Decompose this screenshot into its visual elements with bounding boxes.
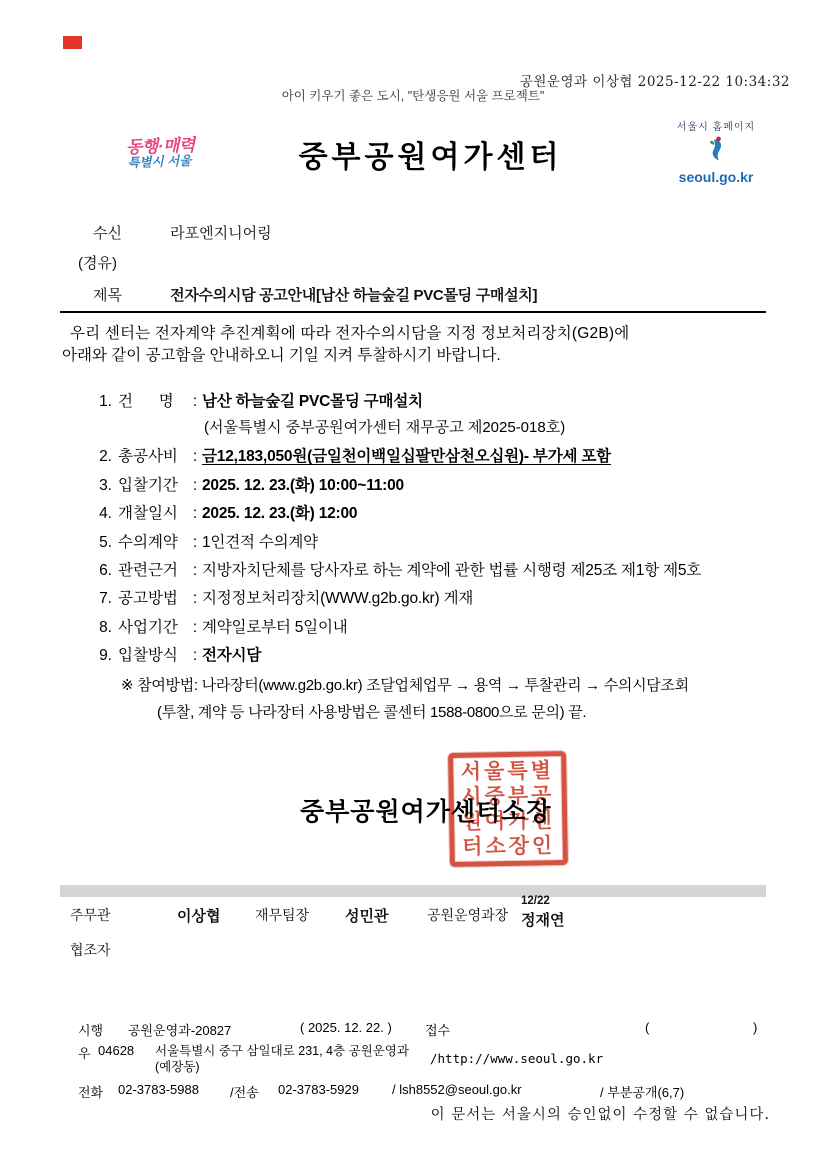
item-number: 2. bbox=[95, 447, 112, 466]
item-value: 1인견적 수의계약 bbox=[202, 533, 318, 552]
cooperator-label: 협조자 bbox=[70, 940, 111, 960]
item-value: 2025. 12. 23.(화) 12:00 bbox=[202, 504, 357, 523]
item-value: 지방자치단체를 당사자로 하는 계약에 관한 법률 시행령 제25조 제1항 제… bbox=[202, 561, 701, 580]
list-item: 1. 건 명 : 남산 하늘숲길 PVC몰딩 구매설치 bbox=[95, 392, 785, 411]
list-item: 8. 사업기간 : 계약일로부터 5일이내 bbox=[95, 618, 785, 637]
item-number: 7. bbox=[95, 589, 112, 608]
seoul-brand-logo: 동행·매력 특별시 서울 bbox=[60, 136, 196, 172]
item-value: 금12,183,050원(금일천이백일십팔만삼천오십원)- 부가세 포함 bbox=[202, 447, 611, 466]
document-header: 동행·매력 특별시 서울 중부공원여가센터 서울시 홈페이지 seoul.go.… bbox=[60, 122, 766, 186]
office-address: 서울특별시 중구 삼일대로 231, 4층 공원운영과 (예장동) bbox=[155, 1043, 427, 1076]
zip-label: 우 bbox=[78, 1043, 91, 1062]
intro-line2: 아래와 같이 공고함을 안내하오니 기일 지켜 투찰하시기 바랍니다. bbox=[62, 345, 774, 367]
item-colon: : bbox=[188, 589, 202, 608]
approver-name: 이상협 bbox=[177, 905, 220, 926]
receive-paren-close: ) bbox=[753, 1020, 757, 1035]
item-label: 건 명 bbox=[118, 392, 188, 411]
seal-row: 터소장인 bbox=[462, 835, 556, 858]
intro-paragraph: 우리 센터는 전자계약 추진계획에 따라 전자수의시담을 지정 정보처리장치(G… bbox=[62, 323, 774, 367]
item-label: 공고방법 bbox=[118, 589, 188, 608]
approver-name: 정재연 bbox=[521, 909, 564, 930]
item-number: 3. bbox=[95, 476, 112, 495]
item-value: 계약일로부터 5일이내 bbox=[202, 618, 348, 637]
modification-notice: 이 문서는 서울시의 승인없이 수정할 수 없습니다. bbox=[431, 1103, 770, 1124]
item-number: 8. bbox=[95, 618, 112, 637]
item-colon: : bbox=[188, 618, 202, 637]
list-item: 5. 수의계약 : 1인견적 수의계약 bbox=[95, 533, 785, 552]
zip-code: 04628 bbox=[98, 1043, 134, 1058]
via-row: (경유) bbox=[78, 252, 117, 273]
approver-role: 공원운영과장 bbox=[427, 905, 508, 925]
item-colon: : bbox=[188, 561, 202, 580]
security-mark bbox=[63, 36, 82, 49]
tel-label: 전화 bbox=[78, 1082, 103, 1101]
approver-name: 성민관 bbox=[345, 905, 388, 926]
homepage-url: seoul.go.kr bbox=[666, 169, 766, 186]
seal-row: 원여가센 bbox=[461, 810, 555, 833]
subject-value: 전자수의시담 공고안내[남산 하늘숲길 PVC몰딩 구매설치] bbox=[170, 287, 537, 304]
seoul-symbol-icon bbox=[666, 134, 766, 169]
item-number: 5. bbox=[95, 533, 112, 552]
announcement-items: 1. 건 명 : 남산 하늘숲길 PVC몰딩 구매설치 (서울특별시 중부공원여… bbox=[95, 392, 785, 722]
item-label: 총공사비 bbox=[118, 447, 188, 466]
official-seal-stamp: 서울특별 시중부공 원여가센 터소장인 bbox=[448, 751, 568, 867]
header-divider bbox=[60, 311, 766, 313]
seal-row: 서울특별 bbox=[461, 760, 555, 783]
item-colon: : bbox=[188, 392, 202, 411]
item-label: 입찰기간 bbox=[118, 476, 188, 495]
fax-label: /전송 bbox=[230, 1082, 259, 1101]
receive-label: 접수 bbox=[425, 1020, 450, 1039]
item-label: 입찰방식 bbox=[118, 646, 188, 665]
item-colon: : bbox=[188, 504, 202, 523]
homepage-label: 서울시 홈페이지 bbox=[666, 122, 766, 134]
page-title: 중부공원여가센터 bbox=[195, 132, 666, 176]
official-document-page: 공원운영과 이상협 2025-12-22 10:34:32 아이 키우기 좋은 … bbox=[0, 0, 826, 1168]
item-label: 사업기간 bbox=[118, 618, 188, 637]
item-colon: : bbox=[188, 447, 202, 466]
intro-line1: 우리 센터는 전자계약 추진계획에 따라 전자수의시담을 지정 정보처리장치(G… bbox=[62, 323, 774, 345]
callcenter-note: (투찰, 계약 등 나라장터 사용방법은 콜센터 1588-0800으로 문의)… bbox=[157, 701, 785, 722]
subject-row: 제목 전자수의시담 공고안내[남산 하늘숲길 PVC몰딩 구매설치] bbox=[78, 284, 537, 305]
approval-date: 12/22 bbox=[521, 895, 550, 907]
fax-number: 02-3783-5929 bbox=[278, 1082, 359, 1097]
subject-label: 제목 bbox=[78, 284, 166, 305]
item-number: 1. bbox=[95, 392, 112, 411]
item-number: 6. bbox=[95, 561, 112, 580]
tel-number: 02-3783-5988 bbox=[118, 1082, 199, 1097]
email-address: / lsh8552@seoul.go.kr bbox=[392, 1082, 522, 1097]
via-label: (경유) bbox=[78, 255, 117, 272]
seoul-homepage-logo: 서울시 홈페이지 seoul.go.kr bbox=[666, 122, 766, 186]
homepage-address: /http://www.seoul.go.kr bbox=[430, 1051, 603, 1066]
list-item: 7. 공고방법 : 지정정보처리장치(WWW.g2b.go.kr) 게재 bbox=[95, 589, 785, 608]
list-item: 4. 개찰일시 : 2025. 12. 23.(화) 12:00 bbox=[95, 504, 785, 523]
approval-divider-band bbox=[60, 885, 766, 897]
city-slogan: 아이 키우기 좋은 도시, "탄생응원 서울 프로젝트" bbox=[0, 86, 826, 104]
item-value: 남산 하늘숲길 PVC몰딩 구매설치 bbox=[202, 392, 423, 411]
participation-note: ※ 참여방법: 나라장터(www.g2b.go.kr) 조달업체업무 → 용역 … bbox=[121, 674, 785, 695]
item-subnote: (서울특별시 중부공원여가센터 재무공고 제2025-018호) bbox=[204, 416, 785, 437]
item-value: 2025. 12. 23.(화) 10:00~11:00 bbox=[202, 476, 404, 495]
dispatch-date: ( 2025. 12. 22. ) bbox=[300, 1020, 392, 1035]
item-label: 관련근거 bbox=[118, 561, 188, 580]
item-number: 9. bbox=[95, 646, 112, 665]
list-item: 2. 총공사비 : 금12,183,050원(금일천이백일십팔만삼천오십원)- … bbox=[95, 447, 785, 466]
item-value: 지정정보처리장치(WWW.g2b.go.kr) 게재 bbox=[202, 589, 473, 608]
item-colon: : bbox=[188, 646, 202, 665]
recipient-row: 수신 라포엔지니어링 bbox=[78, 222, 272, 243]
item-value: 전자시담 bbox=[202, 646, 261, 665]
approver-role: 재무팀장 bbox=[255, 905, 309, 925]
recipient-label: 수신 bbox=[78, 222, 166, 243]
receive-paren-open: ( bbox=[645, 1020, 649, 1035]
approver-role: 주무관 bbox=[70, 905, 111, 925]
item-colon: : bbox=[188, 476, 202, 495]
item-label: 개찰일시 bbox=[118, 504, 188, 523]
list-item: 3. 입찰기간 : 2025. 12. 23.(화) 10:00~11:00 bbox=[95, 476, 785, 495]
dispatch-doc-no: 공원운영과-20827 bbox=[128, 1020, 231, 1039]
seal-row: 시중부공 bbox=[461, 785, 555, 808]
approval-line: 주무관 이상협 재무팀장 성민관 공원운영과장 12/22 정재연 bbox=[0, 901, 826, 941]
item-number: 4. bbox=[95, 504, 112, 523]
list-item: 9. 입찰방식 : 전자시담 bbox=[95, 646, 785, 665]
recipient-value: 라포엔지니어링 bbox=[170, 225, 271, 242]
item-label: 수의계약 bbox=[118, 533, 188, 552]
list-item: 6. 관련근거 : 지방자치단체를 당사자로 하는 계약에 관한 법률 시행령 … bbox=[95, 561, 785, 580]
dispatch-label: 시행 bbox=[78, 1020, 103, 1039]
item-colon: : bbox=[188, 533, 202, 552]
disclosure-level: / 부분공개(6,7) bbox=[600, 1082, 684, 1101]
